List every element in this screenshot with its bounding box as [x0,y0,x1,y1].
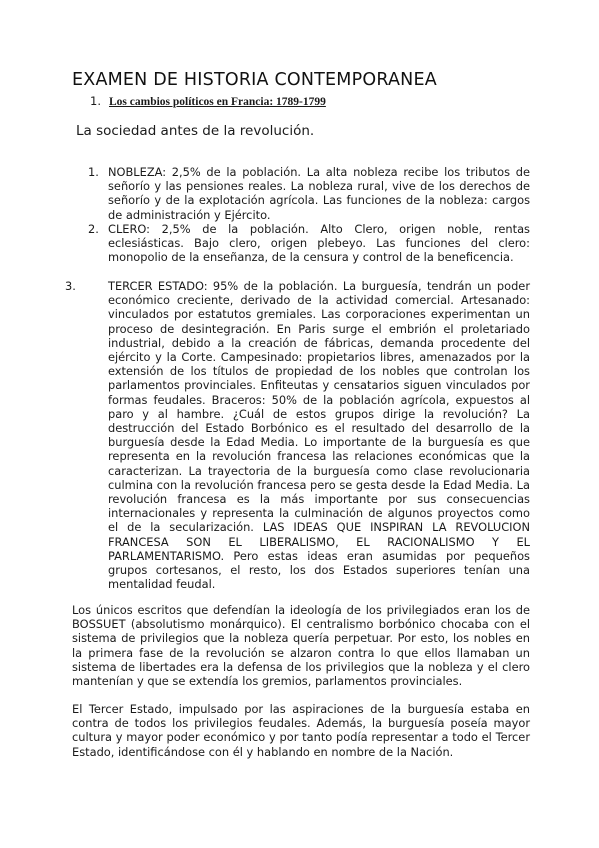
paragraph-tercer-estado: El Tercer Estado, impulsado por las aspi… [72,702,530,759]
section-heading: La sociedad antes de la revolución. [76,123,314,139]
list-item-nobleza: 1. NOBLEZA: 2,5% de la población. La alt… [108,165,530,222]
paragraph-privilegiados: Los únicos escritos que defendían la ide… [72,603,530,688]
list-item-number: 1. [88,165,99,179]
list-item-tercer-estado: 3. TERCER ESTADO: 95% de la población. L… [108,279,530,591]
document-title: EXAMEN DE HISTORIA CONTEMPORANEA [72,70,437,90]
list-item-text: CLERO: 2,5% de la población. Alto Clero,… [108,222,530,264]
document-page: EXAMEN DE HISTORIA CONTEMPORANEA 1.Los c… [0,0,599,848]
list-item-text: TERCER ESTADO: 95% de la población. La b… [108,279,530,591]
section-subtitle: 1.Los cambios políticos en Francia: 1789… [90,94,326,108]
subtitle-text: Los cambios políticos en Francia: 1789-1… [109,96,326,108]
list-item-clero: 2. CLERO: 2,5% de la población. Alto Cle… [108,222,530,265]
subtitle-number: 1. [90,94,101,108]
list-item-text: NOBLEZA: 2,5% de la población. La alta n… [108,165,530,222]
list-item-number: 2. [88,222,99,236]
list-item-number: 3. [65,279,76,293]
